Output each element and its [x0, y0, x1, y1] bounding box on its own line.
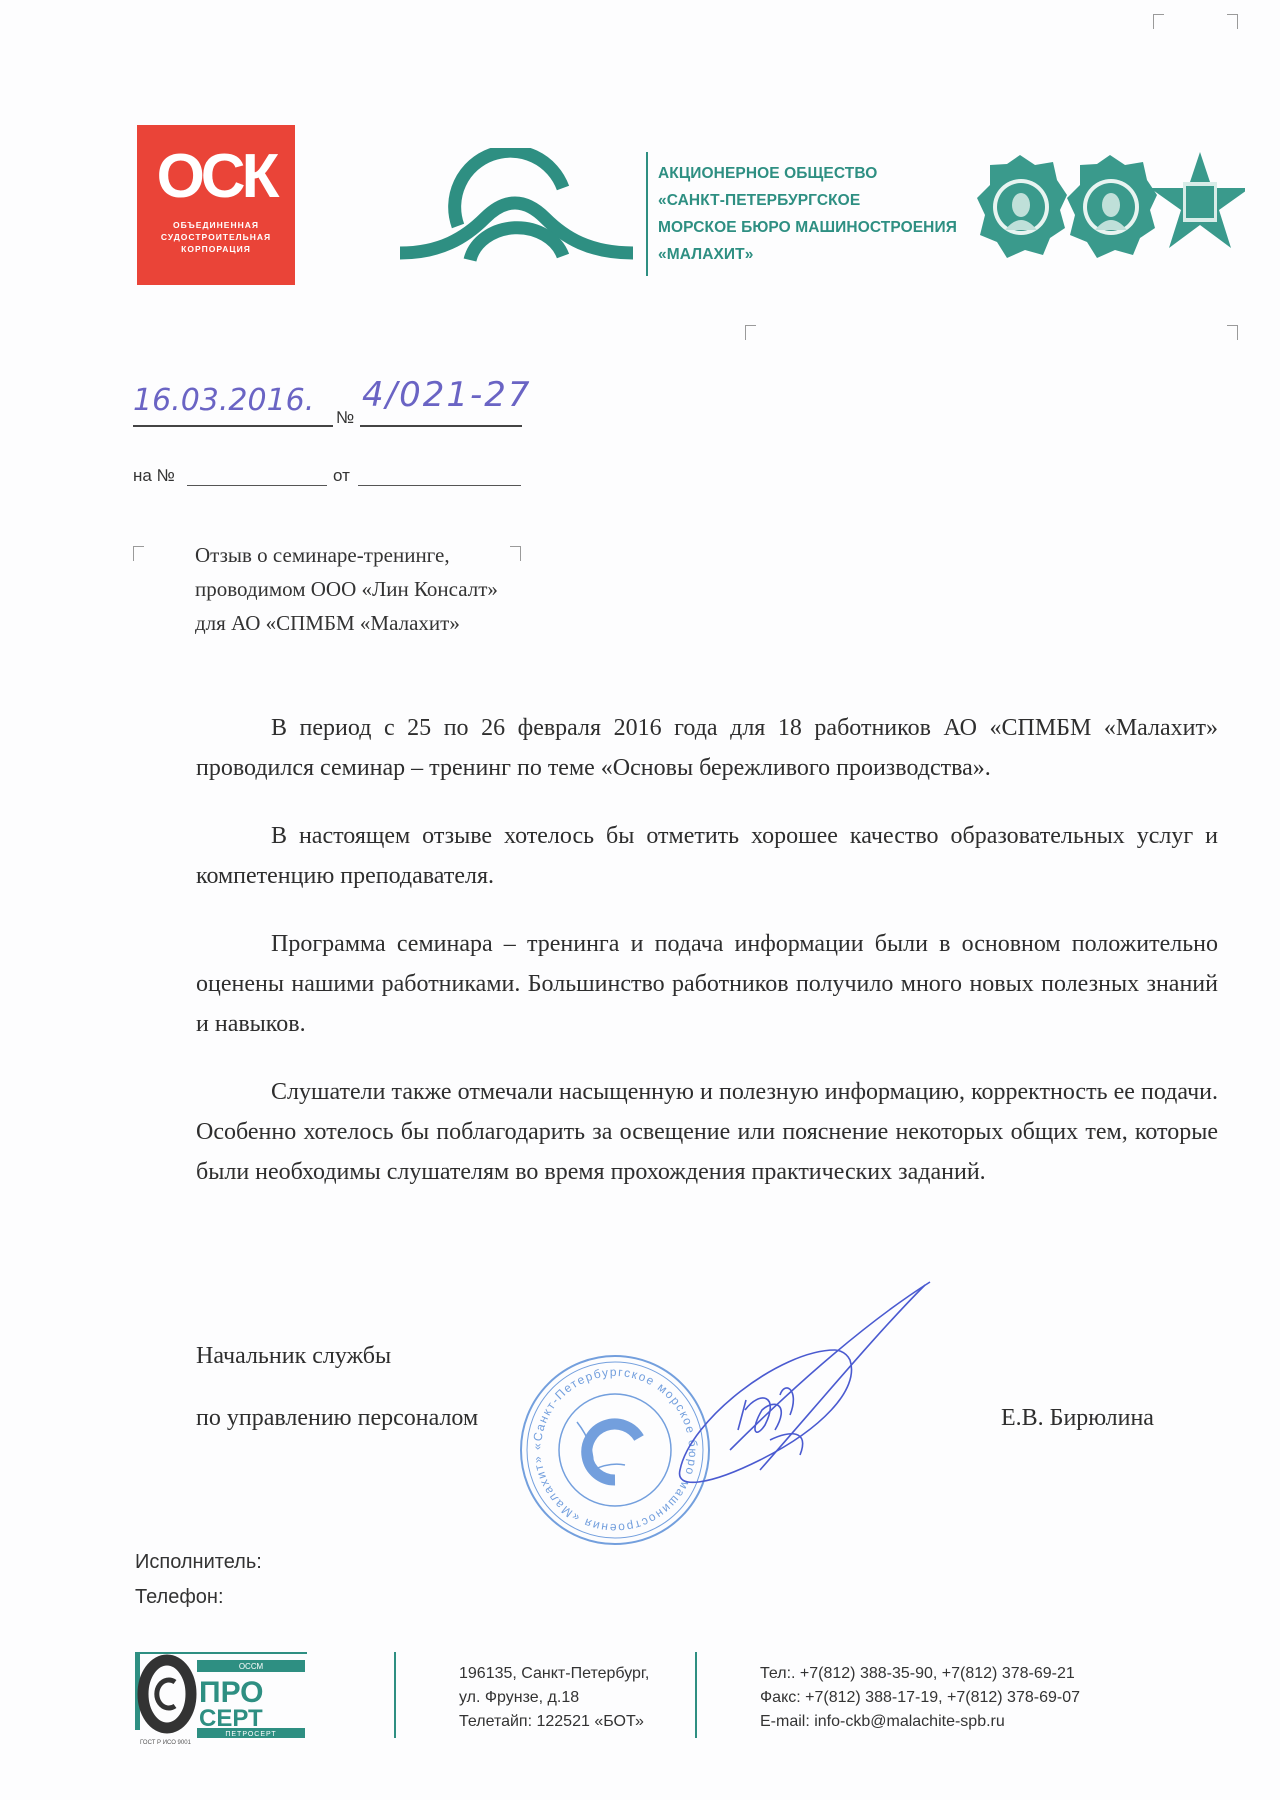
letter-body: В период с 25 по 26 февраля 2016 года дл… [196, 708, 1218, 1220]
malachite-logo-icon [395, 148, 635, 273]
corner-mark [1227, 325, 1238, 340]
osk-abbr: ОСК [137, 147, 295, 207]
email-line: E-mail: info-ckb@malachite-spb.ru [760, 1710, 1080, 1734]
company-name-line: «САНКТ-ПЕТЕРБУРГСКОЕ [658, 187, 957, 214]
osk-logo: ОСК ОБЪЕДИНЕННАЯ СУДОСТРОИТЕЛЬНАЯ КОРПОР… [137, 125, 295, 285]
footer-divider [394, 1652, 396, 1738]
address-line: Телетайп: 122521 «БОТ» [459, 1710, 649, 1734]
order-of-lenin-icon [977, 155, 1067, 258]
subject-line: Отзыв о семинаре-тренинге, [195, 538, 498, 572]
ref-number-field [187, 485, 327, 486]
number-label: № [336, 408, 354, 428]
number-underline [360, 425, 522, 427]
osk-line: КОРПОРАЦИЯ [137, 243, 295, 255]
address-line: 196135, Санкт-Петербург, [459, 1662, 649, 1686]
medals [975, 150, 1245, 270]
registration-date: 16.03.2016. [133, 383, 314, 418]
order-of-red-star-icon [1150, 152, 1245, 248]
subject-line: проводимом ООО «Лин Консалт» [195, 572, 498, 606]
footer-divider [695, 1652, 697, 1738]
company-name-line: АКЦИОНЕРНОЕ ОБЩЕСТВО [658, 160, 957, 187]
corner-mark [510, 546, 521, 561]
body-paragraph: Слушатели также отмечали насыщенную и по… [196, 1072, 1218, 1192]
corner-mark [133, 546, 144, 561]
petrosert-logo-icon: ОССМ ПРО СЕРТ ПЕТРОСЕРТ [135, 1652, 307, 1740]
handwritten-signature-icon [650, 1280, 940, 1520]
corner-mark [1153, 14, 1164, 29]
date-underline [133, 425, 333, 427]
company-name-line: «МАЛАХИТ» [658, 241, 957, 268]
company-name-line: МОРСКОЕ БЮРО МАШИНОСТРОЕНИЯ [658, 214, 957, 241]
osk-line: ОБЪЕДИНЕННАЯ [137, 219, 295, 231]
body-paragraph: В период с 25 по 26 февраля 2016 года дл… [196, 708, 1218, 788]
company-name: АКЦИОНЕРНОЕ ОБЩЕСТВО «САНКТ-ПЕТЕРБУРГСКО… [658, 160, 957, 268]
ref-from-label: от [333, 466, 350, 486]
footer-contacts: Тел:. +7(812) 388-35-90, +7(812) 378-69-… [760, 1662, 1080, 1734]
body-paragraph: В настоящем отзыве хотелось бы отметить … [196, 816, 1218, 896]
phone-label: Телефон: [135, 1586, 224, 1609]
address-line: ул. Фрунзе, д.18 [459, 1686, 649, 1710]
fax-line: Факс: +7(812) 388-17-19, +7(812) 378-69-… [760, 1686, 1080, 1710]
footer-address: 196135, Санкт-Петербург, ул. Фрунзе, д.1… [459, 1662, 649, 1734]
executor-label: Исполнитель: [135, 1551, 262, 1574]
registration-number: 4/021-27 [362, 375, 532, 415]
subject-line: для АО «СПМБМ «Малахит» [195, 606, 498, 640]
letter-subject: Отзыв о семинаре-тренинге, проводимом ОО… [195, 538, 498, 640]
certification-logo: ОССМ ПРО СЕРТ ПЕТРОСЕРТ ГОСТ Р ИСО 9001 [135, 1652, 307, 1740]
svg-text:ПЕТРОСЕРТ: ПЕТРОСЕРТ [225, 1731, 276, 1738]
signatory-name: Е.В. Бирюлина [1001, 1405, 1154, 1432]
order-of-lenin-icon [1067, 155, 1157, 258]
osk-line: СУДОСТРОИТЕЛЬНАЯ [137, 231, 295, 243]
phone-line: Тел:. +7(812) 388-35-90, +7(812) 378-69-… [760, 1662, 1080, 1686]
svg-text:СЕРТ: СЕРТ [199, 1705, 263, 1732]
svg-text:ОССМ: ОССМ [239, 1662, 264, 1671]
body-paragraph: Программа семинара – тренинга и подача и… [196, 924, 1218, 1044]
signatory-position-line2: по управлению персоналом [196, 1405, 478, 1432]
ref-number-label: на № [133, 466, 175, 486]
cert-caption: ГОСТ Р ИСО 9001 [140, 1740, 191, 1746]
corner-mark [1227, 14, 1238, 29]
ref-from-field [358, 485, 521, 486]
signatory-position-line1: Начальник службы [196, 1343, 391, 1370]
company-divider [646, 152, 648, 276]
corner-mark [745, 325, 756, 340]
